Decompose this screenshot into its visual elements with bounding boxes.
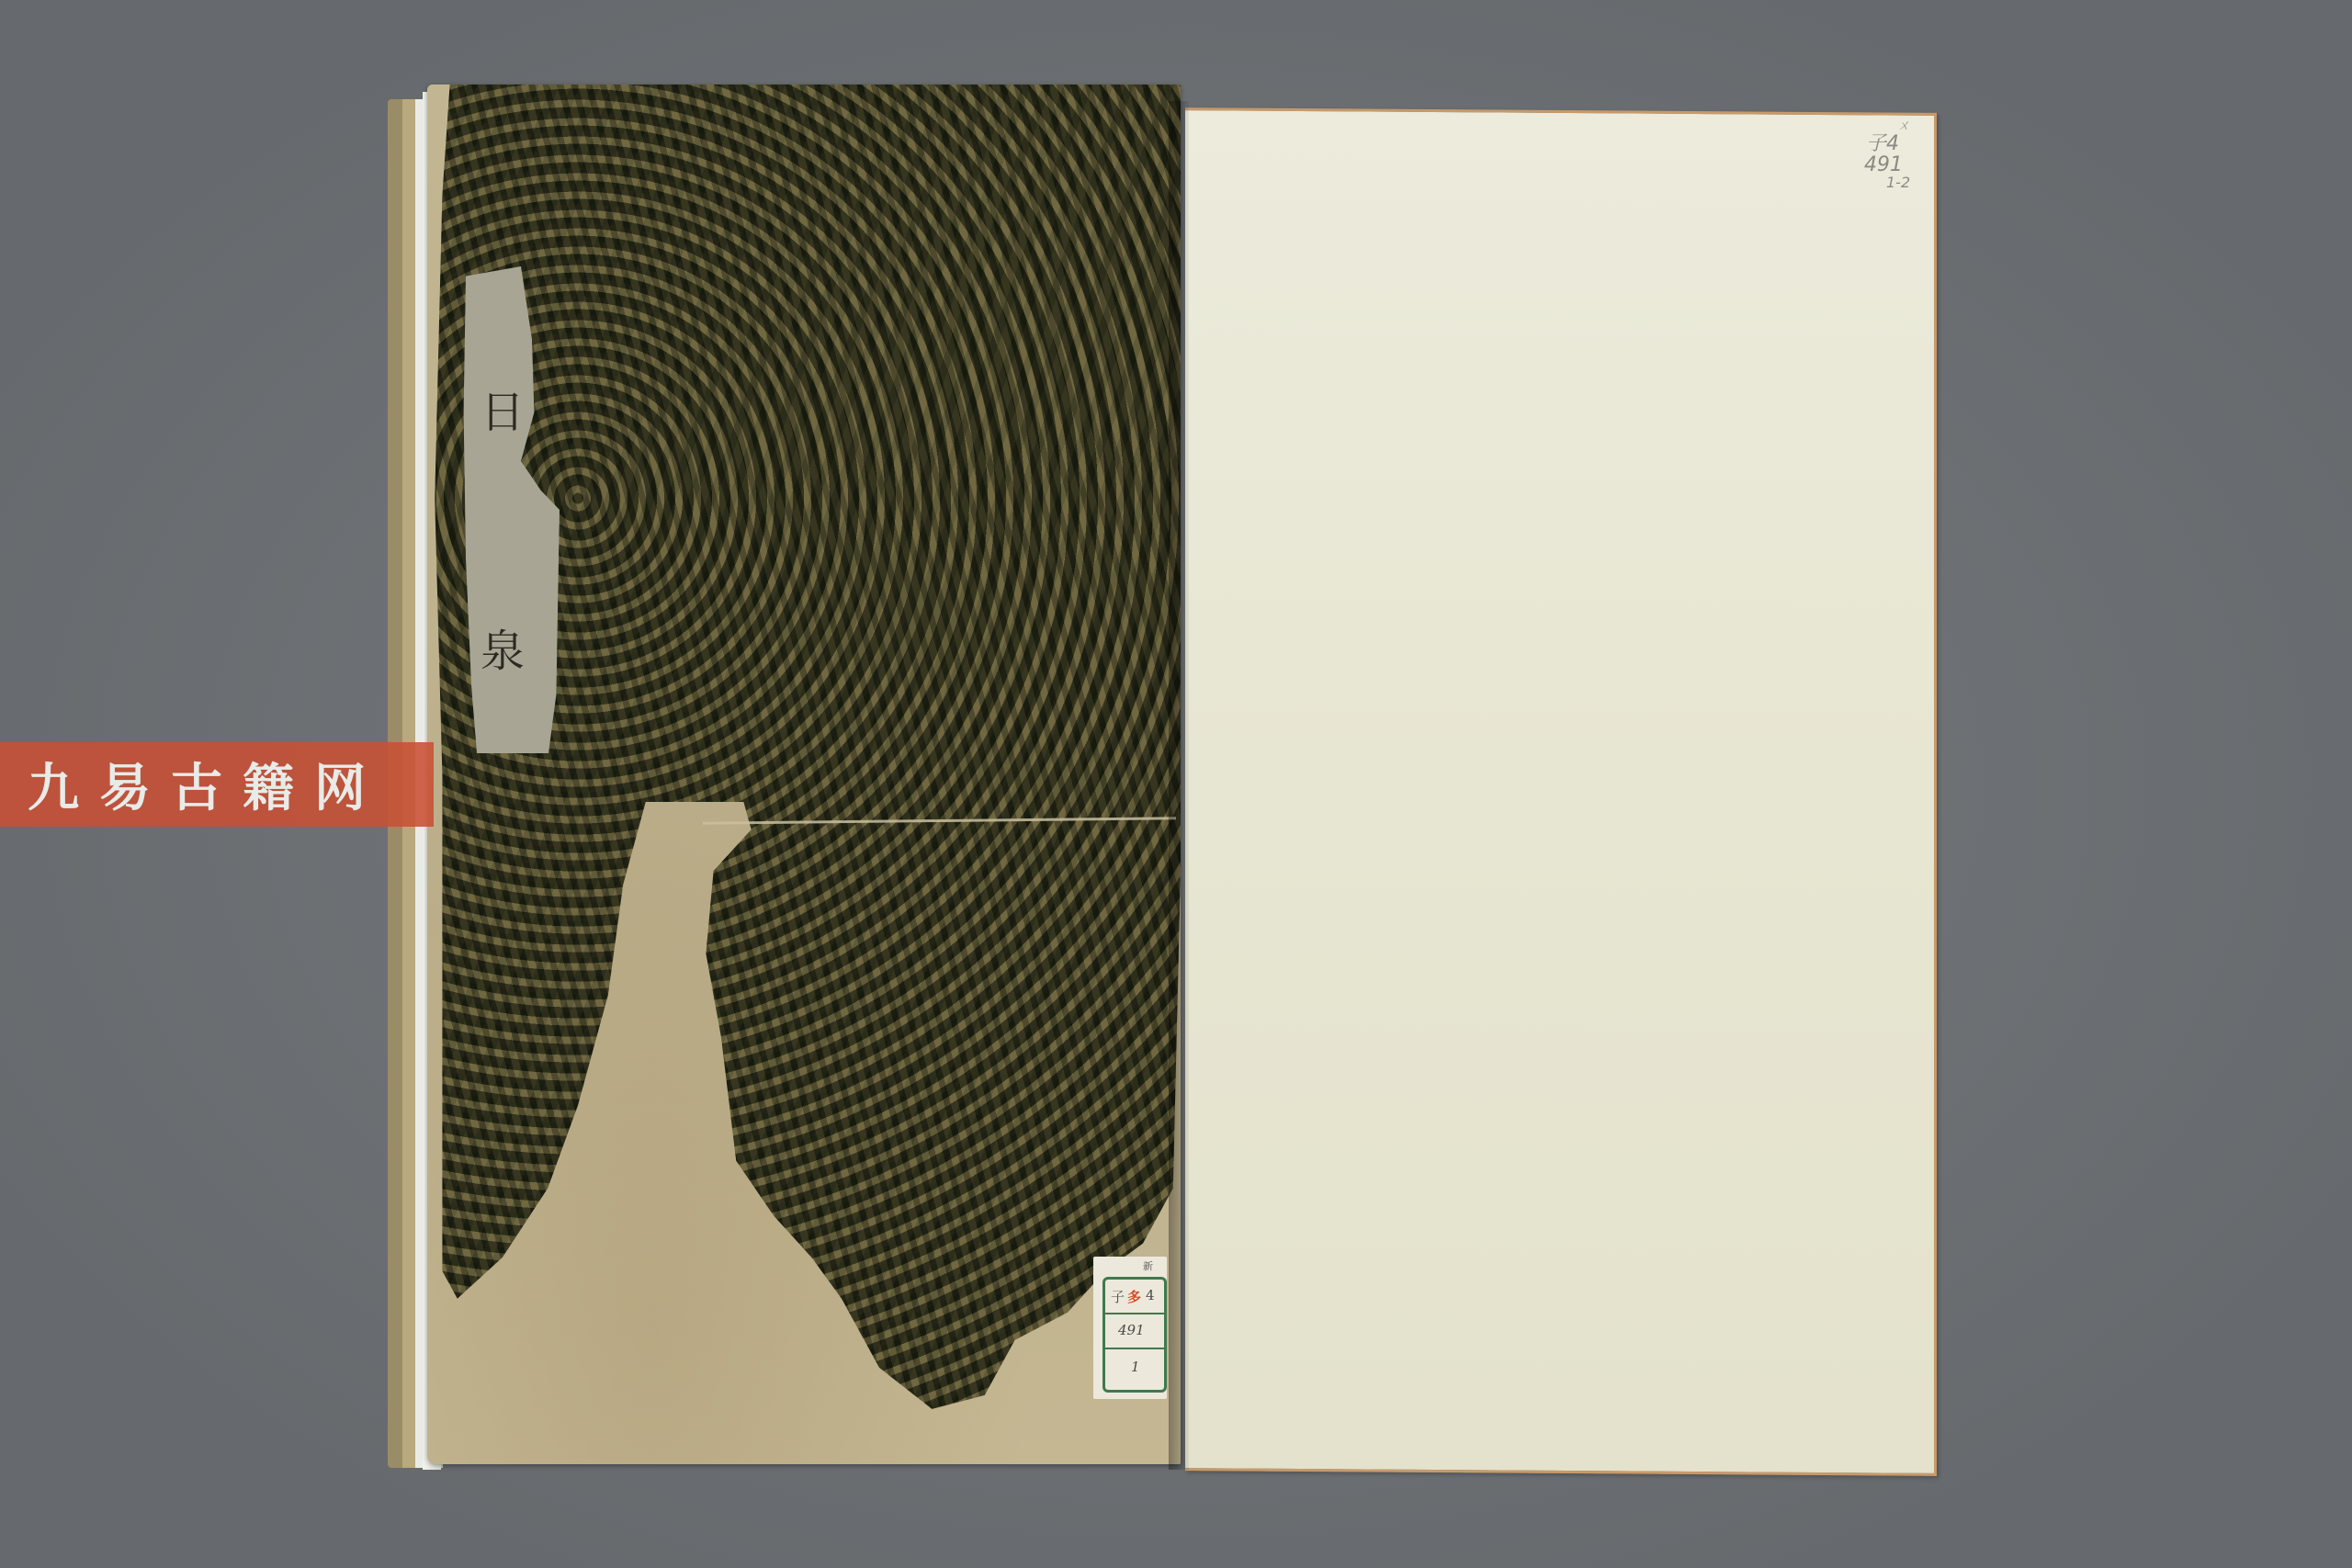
left-cover bbox=[427, 85, 1181, 1464]
right-blank-page bbox=[1185, 107, 1937, 1476]
catalog-row3: 1 bbox=[1131, 1359, 1140, 1375]
catalog-top-mark: 新 bbox=[1143, 1258, 1153, 1273]
title-glyph-1: 日 bbox=[481, 377, 525, 440]
pencil-note-3: 491 bbox=[1864, 154, 1943, 175]
catalog-row1-left: 子 bbox=[1111, 1287, 1125, 1306]
pencil-note-1: ㄨ bbox=[1897, 119, 1943, 133]
catalog-divider bbox=[1105, 1313, 1164, 1314]
pencil-note-2: 子4 bbox=[1866, 133, 1943, 154]
catalog-label: 新 子 多 4 491 1 bbox=[1093, 1257, 1167, 1399]
pencil-notes: ㄨ 子4 491 1-2 bbox=[1860, 119, 1943, 191]
watermark-banner: 九易古籍网 bbox=[0, 742, 434, 827]
catalog-row2: 491 bbox=[1118, 1322, 1145, 1338]
catalog-row1-right: 4 bbox=[1146, 1287, 1155, 1303]
pencil-note-4: 1-2 bbox=[1886, 175, 1943, 191]
watermark-text: 九易古籍网 bbox=[28, 748, 386, 821]
catalog-frame: 子 多 4 491 1 bbox=[1102, 1277, 1167, 1393]
title-glyph-2: 泉 bbox=[481, 615, 525, 679]
book-gutter bbox=[1169, 101, 1189, 1470]
catalog-divider bbox=[1105, 1348, 1164, 1349]
catalog-row1-stamp: 多 bbox=[1127, 1287, 1141, 1306]
